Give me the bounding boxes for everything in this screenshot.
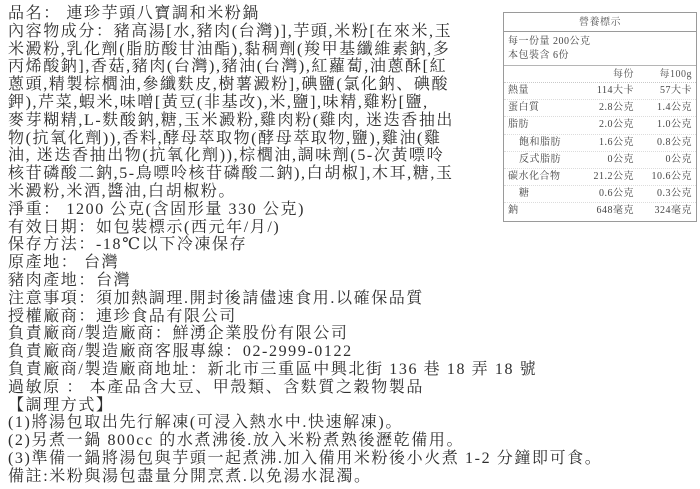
licensed-vendor: 授權廠商：連珍食品有限公司 bbox=[8, 308, 696, 326]
nutrition-column-headers: 每份 每100g bbox=[504, 66, 696, 83]
nutrition-value-per-100g: 1.4公克 bbox=[634, 100, 692, 116]
nutrition-row: 糖 0.6公克 0.3公克 bbox=[504, 186, 696, 203]
nutrition-value-per-serving: 21.2公克 bbox=[576, 169, 634, 185]
nutrition-value-per-100g: 0公克 bbox=[634, 152, 692, 168]
nutrition-title: 營養標示 bbox=[504, 13, 696, 32]
nutrition-value-per-serving: 2.8公克 bbox=[576, 100, 634, 116]
nutrition-row: 熱量 114大卡 57大卡 bbox=[504, 83, 696, 100]
cooking-step: (2)另煮一鍋 800cc 的水煮沸後.放入米粉煮熟後瀝乾備用。 bbox=[8, 432, 696, 450]
nutrition-row-name: 碳水化合物 bbox=[508, 169, 576, 185]
nutrition-row-name: 飽和脂肪 bbox=[508, 135, 576, 151]
pork-origin: 豬肉產地：台灣 bbox=[8, 272, 696, 290]
nutrition-value-per-100g: 324毫克 bbox=[634, 203, 692, 219]
nutrition-row-name: 糖 bbox=[508, 186, 576, 202]
nutrition-value-per-100g: 57大卡 bbox=[634, 83, 692, 99]
nutrition-row-name: 反式脂肪 bbox=[508, 152, 576, 168]
nutrition-row-name: 熱量 bbox=[508, 83, 576, 99]
nutrition-row: 脂肪 2.0公克 1.0公克 bbox=[504, 117, 696, 134]
nutrition-value-per-100g: 0.3公克 bbox=[634, 186, 692, 202]
nutrition-value-per-100g: 10.6公克 bbox=[634, 169, 692, 185]
servings-per-package: 本包裝含 6份 bbox=[508, 49, 692, 63]
responsible-vendor: 負責廠商/製造廠商：鮮湧企業股份有限公司 bbox=[8, 325, 696, 343]
allergens: 過敏原 ： 本產品含大豆、甲殼類、含麩質之穀物製品 bbox=[8, 379, 696, 397]
cooking-step: (3)準備一鍋將湯包與芋頭一起煮沸.加入備用米粉後小火煮 1-2 分鐘即可食。 bbox=[8, 450, 696, 468]
nutrition-row-name: 蛋白質 bbox=[508, 100, 576, 116]
customer-service-line: 負責廠商/製造廠商客服專線：02-2999-0122 bbox=[8, 343, 696, 361]
precautions: 注意事項：須加熱調理.開封後請儘速食用.以確保品質 bbox=[8, 290, 696, 308]
origin: 原產地： 台灣 bbox=[8, 254, 696, 272]
nutrition-value-per-serving: 0.6公克 bbox=[576, 186, 634, 202]
nutrition-serving-block: 每一份量 200公克 本包裝含 6份 bbox=[504, 32, 696, 66]
cooking-note: 備註:米粉與湯包盡量分開烹煮.以免湯水混濁。 bbox=[8, 468, 696, 486]
nutrition-value-per-serving: 114大卡 bbox=[576, 83, 634, 99]
nutrition-row-name: 鈉 bbox=[508, 203, 576, 219]
storage-method: 保存方法：-18℃以下冷凍保存 bbox=[8, 236, 696, 254]
serving-size: 每一份量 200公克 bbox=[508, 35, 692, 49]
nutrition-value-per-serving: 0公克 bbox=[576, 152, 634, 168]
nutrition-value-per-serving: 648毫克 bbox=[576, 203, 634, 219]
col-per-100g: 每100g bbox=[634, 68, 692, 81]
nutrition-value-per-serving: 1.6公克 bbox=[576, 135, 634, 151]
nutrition-value-per-serving: 2.0公克 bbox=[576, 117, 634, 133]
nutrition-value-per-100g: 0.8公克 bbox=[634, 135, 692, 151]
nutrition-row: 飽和脂肪 1.6公克 0.8公克 bbox=[504, 135, 696, 152]
nutrition-row: 反式脂肪 0公克 0公克 bbox=[504, 152, 696, 169]
nutrition-row: 碳水化合物 21.2公克 10.6公克 bbox=[504, 169, 696, 186]
nutrition-row-name: 脂肪 bbox=[508, 117, 576, 133]
nutrition-value-per-100g: 1.0公克 bbox=[634, 117, 692, 133]
nutrition-row: 蛋白質 2.8公克 1.4公克 bbox=[504, 100, 696, 117]
cooking-step: (1)將湯包取出先行解凍(可浸入熱水中.快速解凍)。 bbox=[8, 414, 696, 432]
nutrition-facts-table: 營養標示 每一份量 200公克 本包裝含 6份 每份 每100g 熱量 114大… bbox=[503, 12, 697, 222]
cooking-method-heading: 【調理方式】 bbox=[8, 397, 696, 415]
col-per-serving: 每份 bbox=[576, 68, 634, 81]
vendor-address: 負責廠商/製造廠商地址：新北市三重區中興北街 136 巷 18 弄 18 號 bbox=[8, 361, 696, 379]
nutrition-row: 鈉 648毫克 324毫克 bbox=[504, 203, 696, 219]
